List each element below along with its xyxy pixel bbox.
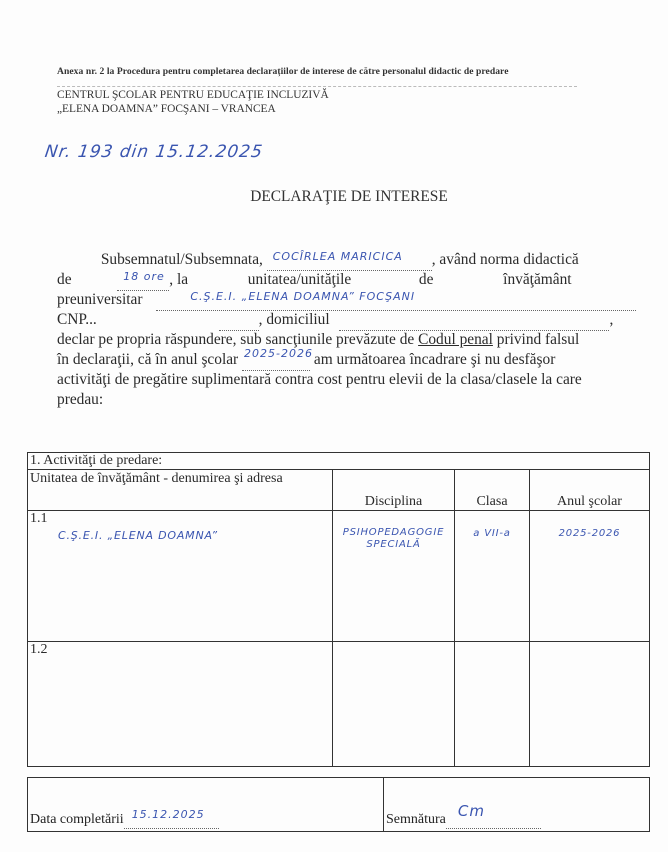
row-2-unit[interactable]: 1.2: [28, 642, 333, 767]
row-2-index: 1.2: [30, 642, 330, 658]
row-2-discipline[interactable]: [333, 642, 455, 767]
declaration-line-5: în declaraţii, că în anul şcolar: [57, 351, 242, 368]
unit-field[interactable]: C.Ş.E.I. „ELENA DOAMNA” FOCŞANI: [156, 290, 636, 311]
preuniversitar-label: preuniversitar: [57, 291, 142, 308]
declaration-line-4-end: privind falsul: [493, 331, 579, 348]
section-title: 1. Activităţi de predare:: [28, 453, 650, 470]
signature-label: Semnătura: [386, 812, 446, 827]
row-1-unit[interactable]: 1.1 C.Ş.E.I. „ELENA DOAMNA”: [28, 511, 333, 642]
norm-value: 18 ore: [123, 267, 165, 287]
unitatea-label: unitatea/unităţile: [248, 271, 351, 288]
declaration-line-7: predau:: [57, 390, 643, 410]
cnp-label: CNP...: [57, 311, 97, 328]
cnp-field[interactable]: [219, 310, 259, 331]
row-2-year[interactable]: [530, 642, 650, 767]
column-header-unit: Unitatea de învăţământ - denumirea şi ad…: [28, 470, 333, 511]
invatamant-label: învăţământ: [503, 271, 571, 288]
date-completed: Data completării15.12.2025: [28, 778, 384, 832]
document-title: DECLARAŢIE DE INTERESE: [0, 188, 668, 206]
table-row: 1.1 C.Ş.E.I. „ELENA DOAMNA” PSIHOPEDAGOG…: [28, 511, 650, 642]
name-value: COCÎRLEA MARICICA: [273, 247, 403, 267]
name-field[interactable]: COCÎRLEA MARICICA: [267, 250, 432, 271]
school-year-value: 2025-2026: [244, 344, 313, 364]
column-header-class: Clasa: [455, 470, 530, 511]
organization-name: CENTRUL ŞCOLAR PENTRU EDUCAŢIE INCLUZIVĂ: [57, 89, 329, 101]
declaration-line-5-end: am următoarea încadrare şi nu desfăşor: [310, 351, 555, 368]
avand-norma-label: , având norma didactică: [432, 251, 579, 268]
signature-value: Cm: [458, 802, 485, 820]
header-rule: [57, 86, 577, 87]
table-row: 1.2: [28, 642, 650, 767]
date-field[interactable]: 15.12.2025: [124, 812, 219, 829]
la-label: , la: [169, 271, 188, 288]
teaching-activities-table: 1. Activităţi de predare: Unitatea de în…: [27, 452, 650, 767]
de-label: de: [57, 271, 72, 288]
domiciliul-label: , domiciliul: [259, 311, 330, 328]
row-1-index: 1.1: [30, 511, 330, 527]
column-header-discipline: Disciplina: [333, 470, 455, 511]
declaration-line-6: activităţi de pregătire suplimentară con…: [57, 370, 643, 390]
annex-reference: Anexa nr. 2 la Procedura pentru completa…: [57, 66, 509, 77]
de2-label: de: [419, 271, 434, 288]
declaration-line-4: declar pe propria răspundere, sub sancţi…: [57, 331, 418, 348]
codul-penal-link: Codul penal: [418, 331, 493, 348]
subsemnatul-label: Subsemnatul/Subsemnata,: [101, 251, 263, 268]
domicile-field[interactable]: [339, 310, 609, 331]
date-label: Data completării: [30, 812, 124, 827]
signature-field[interactable]: Cm: [446, 812, 541, 829]
signature-section: Data completării15.12.2025 SemnăturaCm: [27, 777, 650, 832]
column-header-year: Anul şcolar: [530, 470, 650, 511]
row-1-unit-value: C.Ş.E.I. „ELENA DOAMNA”: [58, 529, 330, 542]
row-1-class[interactable]: a VII-a: [455, 511, 530, 642]
row-1-discipline-value: PSIHOPEDAGOGIE SPECIALĂ: [335, 527, 452, 551]
norm-field[interactable]: 18 ore: [117, 270, 169, 291]
row-1-class-value: a VII-a: [457, 528, 527, 539]
organization-location: „ELENA DOAMNA” FOCŞANI – VRANCEA: [57, 103, 276, 115]
row-1-year-value: 2025-2026: [532, 528, 647, 539]
registration-number: Nr. 193 din 15.12.2025: [44, 142, 265, 162]
row-1-year[interactable]: 2025-2026: [530, 511, 650, 642]
school-year-field[interactable]: 2025-2026: [242, 350, 310, 371]
row-1-discipline[interactable]: PSIHOPEDAGOGIE SPECIALĂ: [333, 511, 455, 642]
row-2-class[interactable]: [455, 642, 530, 767]
signature-cell: SemnăturaCm: [384, 778, 650, 832]
date-value: 15.12.2025: [132, 808, 205, 821]
unit-value: C.Ş.E.I. „ELENA DOAMNA” FOCŞANI: [190, 287, 415, 307]
